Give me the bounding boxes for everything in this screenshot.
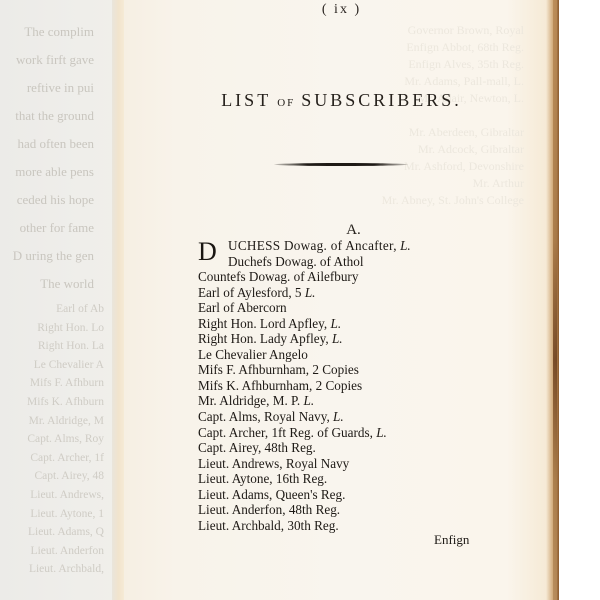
entry-text: Lieut. Adams, Queen's Reg. (198, 487, 345, 502)
ghost-line: Enfign Abbot, 68th Reg. (184, 39, 524, 56)
ghost-line: Capt. Archer, 1f (0, 449, 104, 468)
entry-suffix: L. (330, 316, 341, 331)
ghost-line: The complim (0, 18, 94, 46)
list-item: Right Hon. Lord Apfley, L. (198, 316, 528, 332)
ghost-line: The world (0, 270, 94, 298)
list-item: Earl of Aylesford, 5 L. (198, 285, 528, 301)
entry-text: UCHESS Dowag. of Ancafter, (228, 238, 397, 253)
entry-text: Earl of Abercorn (198, 300, 287, 315)
show-through-text: Governor Brown, Royal Enfign Abbot, 68th… (184, 22, 524, 209)
title-word-of: OF (277, 97, 295, 109)
page-number: ( ix ) (124, 2, 559, 18)
entry-text: Mifs F. Afhburnham, 2 Copies (198, 362, 359, 377)
ghost-line: ceded his hope (0, 186, 94, 214)
list-item: Capt. Airey, 48th Reg. (198, 440, 528, 456)
ghost-line: Enfign Alves, 35th Reg. (184, 56, 524, 73)
list-item: Mifs F. Afhburnham, 2 Copies (198, 362, 528, 378)
entry-suffix: L. (332, 331, 343, 346)
ghost-line: Capt. Airey, 48 (0, 467, 104, 486)
list-item: Mr. Aldridge, M. P. L. (198, 393, 528, 409)
left-page: The complim work firft gave reftive in p… (0, 0, 118, 600)
ghost-line: more able pens (0, 158, 94, 186)
left-page-ghost-text-lower: Earl of Ab Right Hon. Lo Right Hon. La L… (0, 300, 118, 579)
entry-suffix: L. (400, 238, 411, 253)
entry-text: Right Hon. Lady Apfley, (198, 331, 329, 346)
ghost-line: D uring the gen (0, 242, 94, 270)
book-spread: The complim work firft gave reftive in p… (0, 0, 600, 600)
decorative-rule (274, 163, 408, 166)
ghost-line: Mr. Aldridge, M (0, 412, 104, 431)
list-item: Capt. Archer, 1ft Reg. of Guards, L. (198, 425, 528, 441)
ghost-line: Mr. Aberdeen, Gibraltar (184, 124, 524, 141)
entry-text: Lieut. Anderfon, 48th Reg. (198, 502, 340, 517)
ghost-line: other for fame (0, 214, 94, 242)
ghost-line: Lieut. Adams, Q (0, 523, 104, 542)
list-item: Countefs Dowag. of Ailefbury (198, 269, 528, 285)
ghost-line: Governor Brown, Royal (184, 22, 524, 39)
entry-text: Lieut. Aytone, 16th Reg. (198, 471, 327, 486)
list-item: Earl of Abercorn (198, 300, 528, 316)
ghost-line: Lieut. Anderfon (0, 542, 104, 561)
list-item: Le Chevalier Angelo (198, 347, 528, 363)
ghost-line: Mr. Adcock, Gibraltar (184, 141, 524, 158)
ghost-line: work firft gave (0, 46, 94, 74)
entry-text: Earl of Aylesford, 5 (198, 285, 302, 300)
list-item: DUCHESS Dowag. of Ancafter, L. (198, 238, 528, 254)
ghost-line: Mr. Arthur (184, 175, 524, 192)
list-item: Capt. Alms, Royal Navy, L. (198, 409, 528, 425)
list-item: Lieut. Aytone, 16th Reg. (198, 471, 528, 487)
ghost-line: Lieut. Aytone, 1 (0, 505, 104, 524)
title-word-list: LIST (221, 90, 271, 110)
entry-text: Lieut. Andrews, Royal Navy (198, 456, 349, 471)
ghost-line: Right Hon. Lo (0, 319, 104, 338)
list-item: Duchefs Dowag. of Athol (198, 254, 528, 270)
ghost-line: Right Hon. La (0, 337, 104, 356)
section-heading: A. (124, 222, 559, 239)
ghost-line: that the ground (0, 102, 94, 130)
entry-text: Lieut. Archbald, 30th Reg. (198, 518, 339, 533)
entry-suffix: L. (304, 393, 315, 408)
ghost-line: Lieut. Andrews, (0, 486, 104, 505)
ghost-line: Capt. Alms, Roy (0, 430, 104, 449)
entry-text: Mifs K. Afhburnham, 2 Copies (198, 378, 362, 393)
entry-suffix: L. (333, 409, 344, 424)
ghost-line: Lieut. Archbald, (0, 560, 104, 579)
page-title: LISTOFSUBSCRIBERS. (124, 90, 559, 111)
ghost-line: reftive in pui (0, 74, 94, 102)
list-item: Lieut. Andrews, Royal Navy (198, 456, 528, 472)
list-item: Right Hon. Lady Apfley, L. (198, 331, 528, 347)
ghost-line: Mr. Adams, Pall-mall, L. (184, 73, 524, 90)
entry-suffix: L. (376, 425, 387, 440)
entry-suffix: L. (305, 285, 316, 300)
entry-text: Duchefs Dowag. of Athol (228, 254, 364, 269)
left-page-ghost-text-upper: The complim work firft gave reftive in p… (0, 18, 118, 298)
entry-text: Capt. Archer, 1ft Reg. of Guards, (198, 425, 373, 440)
drop-cap: D (198, 240, 217, 264)
title-word-subscribers: SUBSCRIBERS. (301, 90, 462, 110)
ghost-line: Mr. Ashford, Devonshire (184, 158, 524, 175)
right-page: Governor Brown, Royal Enfign Abbot, 68th… (124, 0, 559, 600)
subscriber-list: DUCHESS Dowag. of Ancafter, L. Duchefs D… (198, 238, 528, 533)
list-item: Lieut. Adams, Queen's Reg. (198, 487, 528, 503)
entry-text: Countefs Dowag. of Ailefbury (198, 269, 358, 284)
ghost-line: Le Chevalier A (0, 356, 104, 375)
list-item: Mifs K. Afhburnham, 2 Copies (198, 378, 528, 394)
list-item: Lieut. Archbald, 30th Reg. (198, 518, 528, 534)
list-item: Lieut. Anderfon, 48th Reg. (198, 502, 528, 518)
entry-text: Mr. Aldridge, M. P. (198, 393, 300, 408)
ghost-line: Mifs K. Afhburn (0, 393, 104, 412)
ghost-line: Mifs F. Afhburn (0, 374, 104, 393)
catchword: Enfign (434, 532, 469, 548)
entry-text: Le Chevalier Angelo (198, 347, 308, 362)
entry-text: Capt. Airey, 48th Reg. (198, 440, 316, 455)
ghost-line: Earl of Ab (0, 300, 104, 319)
entry-text: Capt. Alms, Royal Navy, (198, 409, 330, 424)
ghost-line: had often been (0, 130, 94, 158)
entry-text: Right Hon. Lord Apfley, (198, 316, 327, 331)
ghost-line: Mr. Abney, St. John's College (184, 192, 524, 209)
page-deckle-edge (553, 0, 557, 600)
